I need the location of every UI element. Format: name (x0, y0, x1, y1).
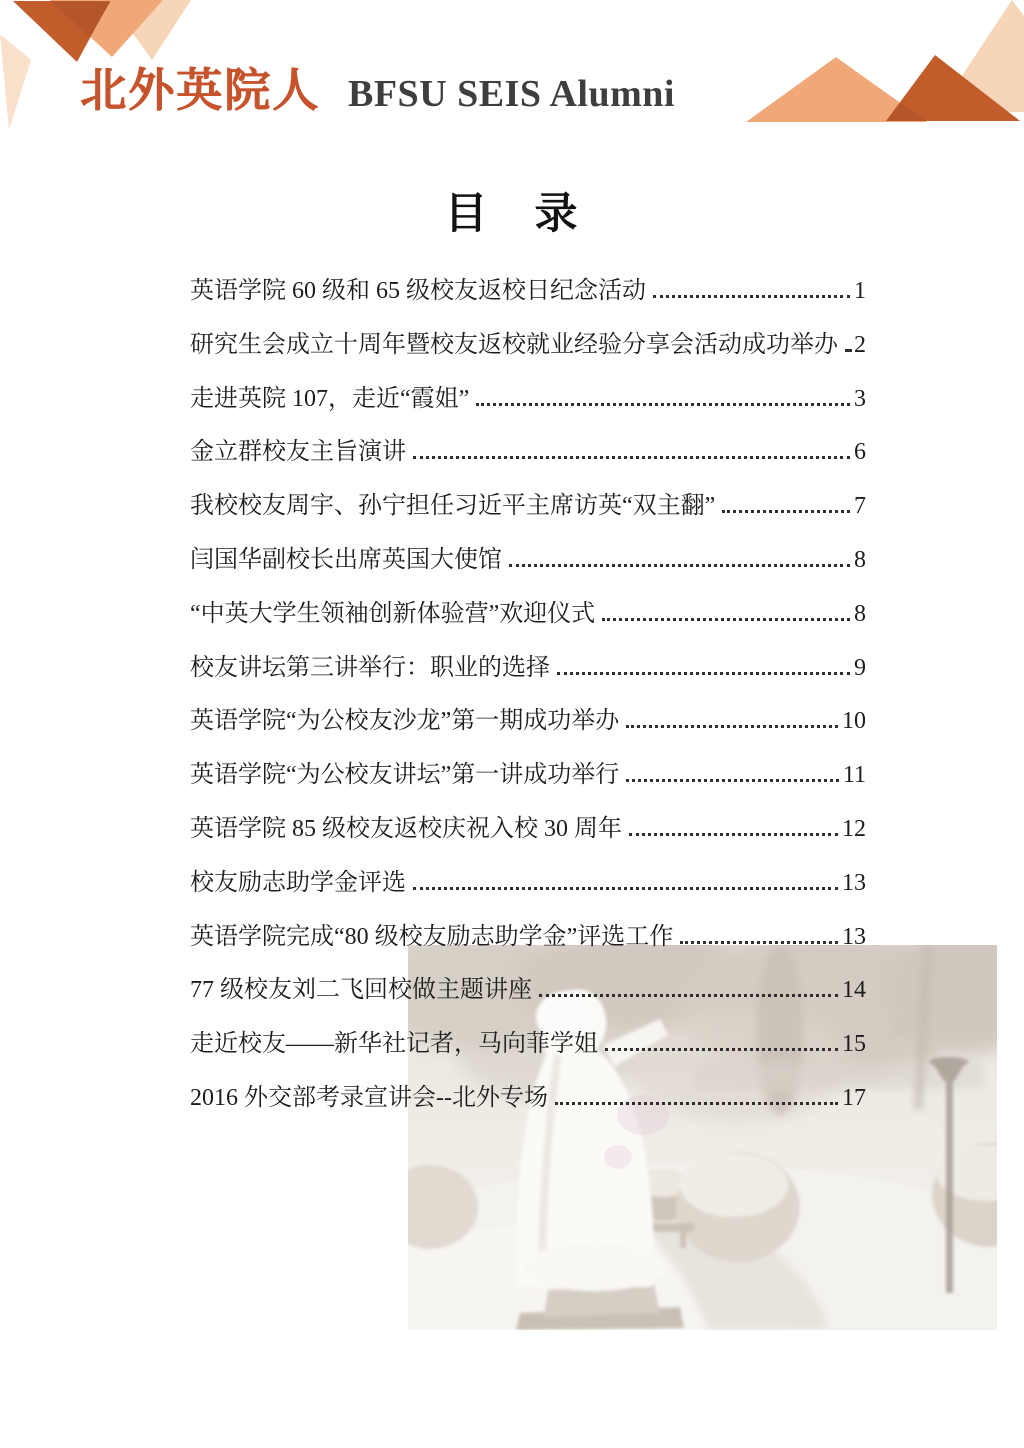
toc-page-number: 7 (854, 493, 866, 520)
toc-entry[interactable]: 校友讲坛第三讲举行：职业的选择 9 (190, 634, 866, 688)
toc-page-number: 15 (842, 1031, 866, 1058)
toc-entry[interactable]: 2016 外交部考录宣讲会--北外专场 17 (190, 1064, 866, 1118)
masthead-english-title: BFSU SEIS Alumni (348, 72, 675, 116)
toc-page-number: 1 (854, 278, 866, 305)
toc-entry-label: 英语学院“为公校友讲坛”第一讲成功举行 (190, 754, 619, 789)
toc-entry[interactable]: 英语学院“为公校友讲坛”第一讲成功举行 11 (190, 741, 866, 795)
toc-dot-leader (602, 606, 850, 621)
toc-dot-leader (476, 391, 850, 406)
toc-entry[interactable]: 77 级校友刘二飞回校做主题讲座 14 (190, 956, 866, 1010)
toc-entry-label: 校友讲坛第三讲举行：职业的选择 (190, 647, 550, 682)
toc-dot-leader (413, 875, 838, 890)
toc-entry-label: 校友励志助学金评选 (190, 862, 406, 897)
toc-dot-leader (509, 552, 850, 567)
toc-dot-leader (680, 929, 838, 944)
toc-entry[interactable]: 我校校友周宇、孙宁担任习近平主席访英“双主翻” 7 (190, 472, 866, 526)
toc-entry[interactable]: 金立群校友主旨演讲 6 (190, 418, 866, 472)
toc-dot-leader (629, 821, 838, 836)
toc-page-number: 9 (854, 655, 866, 682)
toc-entry[interactable]: 走近校友——新华社记者，马向菲学姐 15 (190, 1010, 866, 1064)
toc-dot-leader (626, 767, 839, 782)
masthead: 北外英院人 BFSU SEIS Alumni (80, 54, 675, 120)
toc-page-number: 8 (854, 547, 866, 574)
toc-entry-label: 我校校友周宇、孙宁担任习近平主席访英“双主翻” (190, 485, 715, 520)
toc-entry-label: 研究生会成立十周年暨校友返校就业经验分享会活动成功举办 (190, 324, 838, 359)
toc-entry[interactable]: “中英大学生领袖创新体验营”欢迎仪式 8 (190, 580, 866, 634)
toc-dot-leader (413, 444, 850, 459)
toc-entry[interactable]: 英语学院 85 级校友返校庆祝入校 30 周年 12 (190, 795, 866, 849)
toc-entry[interactable]: 研究生会成立十周年暨校友返校就业经验分享会活动成功举办 2 (190, 311, 866, 365)
toc-page-number: 3 (854, 386, 866, 413)
toc-entry-label: 2016 外交部考录宣讲会--北外专场 (190, 1077, 548, 1112)
toc-entry[interactable]: 闫国华副校长出席英国大使馆 8 (190, 526, 866, 580)
toc-page-number: 13 (842, 870, 866, 897)
masthead-chinese-title: 北外英院人 (80, 54, 320, 120)
toc-entry[interactable]: 英语学院“为公校友沙龙”第一期成功举办 10 (190, 687, 866, 741)
toc-page-number: 13 (842, 924, 866, 951)
toc-entry-label: 走近校友——新华社记者，马向菲学姐 (190, 1023, 598, 1058)
toc-dot-leader (557, 660, 850, 675)
toc-entry-label: 走进英院 107，走近“霞姐” (190, 378, 469, 413)
toc-page-number: 8 (854, 601, 866, 628)
toc-page-number: 10 (842, 708, 866, 735)
toc-title: 目 录 (0, 180, 1024, 241)
toc-list: 英语学院 60 级和 65 级校友返校日纪念活动 1 研究生会成立十周年暨校友返… (190, 257, 866, 1118)
toc-page: 北外英院人 BFSU SEIS Alumni (0, 0, 1024, 1448)
toc-dot-leader (555, 1090, 838, 1105)
left-pale-sliver-triangle (0, 34, 31, 130)
toc-dot-leader (653, 283, 850, 298)
toc-entry[interactable]: 英语学院完成“80 级校友励志助学金”评选工作 13 (190, 903, 866, 957)
toc-page-number: 17 (842, 1085, 866, 1112)
toc-page-number: 11 (843, 762, 866, 789)
toc-entry-label: “中英大学生领袖创新体验营”欢迎仪式 (190, 593, 595, 628)
toc-entry-label: 英语学院 85 级校友返校庆祝入校 30 周年 (190, 808, 622, 843)
toc-page-number: 2 (854, 332, 866, 359)
toc-page-number: 14 (842, 977, 866, 1004)
toc-entry-label: 77 级校友刘二飞回校做主题讲座 (190, 969, 532, 1004)
toc-dot-leader (605, 1036, 838, 1051)
toc-dot-leader (626, 713, 838, 728)
toc-entry[interactable]: 英语学院 60 级和 65 级校友返校日纪念活动 1 (190, 257, 866, 311)
toc-dot-leader (845, 337, 850, 352)
toc-entry-label: 英语学院完成“80 级校友励志助学金”评选工作 (190, 916, 673, 951)
toc-entry-label: 金立群校友主旨演讲 (190, 431, 406, 466)
toc-entry-label: 英语学院 60 级和 65 级校友返校日纪念活动 (190, 270, 646, 305)
toc-entry-label: 英语学院“为公校友沙龙”第一期成功举办 (190, 700, 619, 735)
toc-entry-label: 闫国华副校长出席英国大使馆 (190, 539, 502, 574)
toc-entry[interactable]: 校友励志助学金评选 13 (190, 849, 866, 903)
toc-dot-leader (722, 498, 850, 513)
toc-dot-leader (539, 982, 838, 997)
toc-page-number: 12 (842, 816, 866, 843)
toc-entry[interactable]: 走进英院 107，走近“霞姐” 3 (190, 365, 866, 419)
toc-page-number: 6 (854, 439, 866, 466)
